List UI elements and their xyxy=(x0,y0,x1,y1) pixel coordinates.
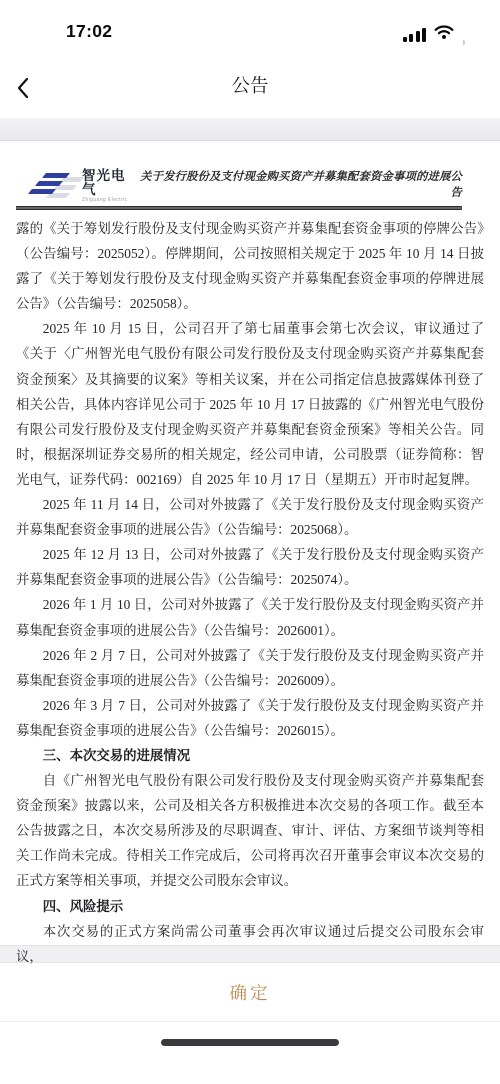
home-indicator[interactable] xyxy=(161,1039,339,1046)
confirm-button[interactable]: 确定 xyxy=(224,979,277,1006)
document-paragraph: 2026 年 2 月 7 日，公司对外披露了《关于发行股份及支付现金购买资产并募… xyxy=(16,643,484,693)
document-paragraph: 2026 年 1 月 10 日，公司对外披露了《关于发行股份及支付现金购买资产并… xyxy=(16,592,484,642)
home-area xyxy=(0,1022,500,1063)
document-paragraph: 2025 年 12 月 13 日，公司对外披露了《关于发行股份及支付现金购买资产… xyxy=(16,542,484,592)
document-header-title: 关于发行股份及支付现金购买资产并募集配套资金事项的进展公告 xyxy=(137,168,462,203)
wifi-icon xyxy=(433,24,455,45)
bottom-divider-strip xyxy=(0,945,500,963)
document-header: 智光电气 Zhiguang Electric 关于发行股份及支付现金购买资产并募… xyxy=(16,141,484,203)
company-logo-icon xyxy=(26,172,78,200)
document-viewer[interactable]: 智光电气 Zhiguang Electric 关于发行股份及支付现金购买资产并募… xyxy=(0,141,500,945)
document-paragraph: 2026 年 3 月 7 日，公司对外披露了《关于发行股份及支付现金购买资产并募… xyxy=(16,693,484,743)
cellular-signal-icon xyxy=(403,27,427,42)
status-time: 17:02 xyxy=(66,21,112,42)
document-paragraph: 自《广州智光电气股份有限公司发行股份及支付现金购买资产并募集配套资金预案》披露以… xyxy=(16,768,484,893)
document-paragraph: 2025 年 10 月 15 日，公司召开了第七届董事会第七次会议，审议通过了《… xyxy=(16,316,484,492)
page-title: 公告 xyxy=(0,72,500,98)
company-name-en: Zhiguang Electric xyxy=(82,198,137,203)
status-bar: 17:02 11 xyxy=(0,0,500,56)
company-logo: 智光电气 Zhiguang Electric xyxy=(26,169,137,203)
nav-bar: 公告 xyxy=(0,56,500,118)
footer-bar: 确定 xyxy=(0,963,500,1021)
document-paragraph: 露的《关于筹划发行股份及支付现金购买资产并募集配套资金事项的停牌公告》（公告编号… xyxy=(16,216,484,316)
section-heading: 四、风险提示 xyxy=(16,894,484,919)
section-heading: 三、本次交易的进展情况 xyxy=(16,743,484,768)
document-body: 露的《关于筹划发行股份及支付现金购买资产并募集配套资金事项的停牌公告》（公告编号… xyxy=(16,210,484,969)
status-icons: 11 xyxy=(403,24,463,45)
top-divider-strip xyxy=(0,118,500,141)
document-paragraph: 2025 年 11 月 14 日，公司对外披露了《关于发行股份及支付现金购买资产… xyxy=(16,492,484,542)
phone-screen: 17:02 11 公告 xyxy=(0,0,500,1084)
company-name: 智光电气 xyxy=(82,169,137,196)
